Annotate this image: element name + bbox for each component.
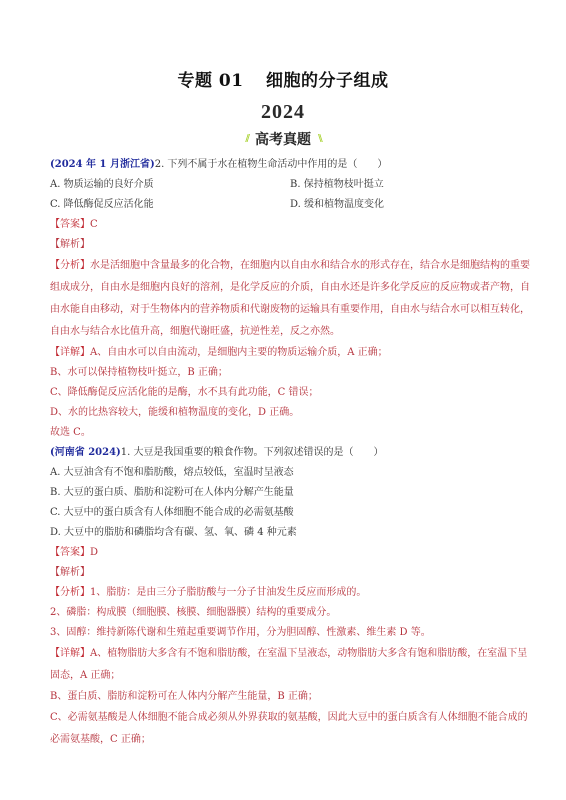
question-block: (2024 年 1 月浙江省)2. 下列不属于水在植物生命活动中作用的是（ ） …	[50, 155, 530, 443]
detail-line: B、水可以保持植物枝叶挺立，B 正确；	[50, 363, 530, 383]
answer-value: D	[90, 547, 98, 558]
options-row: A. 物质运输的良好介质 B. 保持植物枝叶挺立	[50, 175, 530, 195]
question-block: (河南省 2024)1. 大豆是我国重要的粮食作物。下列叙述错误的是（ ） A.…	[50, 443, 530, 751]
answer-line: 【答案】C	[50, 215, 530, 235]
document-page: 专题 01 细胞的分子组成 2024 // 高考真题 \\ (2024 年 1 …	[0, 0, 566, 800]
section-badge-text: 高考真题	[252, 129, 314, 149]
options-row: C. 降低酶促反应活化能 D. 缓和植物温度变化	[50, 195, 530, 215]
detail-line: C、降低酶促反应活化能的是酶，水不具有此功能，C 错误；	[50, 383, 530, 403]
analysis-label: 【解析】	[50, 563, 530, 583]
detail-line: D、水的比热容较大，能缓和植物温度的变化，D 正确。	[50, 403, 530, 423]
detail-line: B、蛋白质、脂肪和淀粉可在人体内分解产生能量，B 正确；	[50, 687, 530, 707]
answer-value: C	[90, 219, 98, 230]
title-main: 细胞的分子组成	[266, 71, 389, 91]
slash-right-icon: \\	[318, 133, 321, 144]
page-title: 专题 01 细胞的分子组成	[0, 66, 566, 91]
slash-left-icon: //	[245, 133, 248, 144]
year-text: 2024	[261, 101, 305, 123]
analysis-line: 3、固醇：维持新陈代谢和生殖起重要调节作用，分为胆固醇、性激素、维生素 D 等。	[50, 623, 530, 643]
option-a: A. 物质运输的良好介质	[50, 175, 290, 195]
question-stem: (河南省 2024)1. 大豆是我国重要的粮食作物。下列叙述错误的是（ ）	[50, 443, 530, 463]
question-source: (河南省 2024)	[50, 447, 121, 458]
option-b: B. 大豆的蛋白质、脂肪和淀粉可在人体内分解产生能量	[50, 483, 530, 503]
question-stem: (2024 年 1 月浙江省)2. 下列不属于水在植物生命活动中作用的是（ ）	[50, 155, 530, 175]
option-c: C. 降低酶促反应活化能	[50, 195, 290, 215]
analysis-line: 2、磷脂：构成膜（细胞膜、核膜、细胞器膜）结构的重要成分。	[50, 603, 530, 623]
detail-paragraph: 【详解】A、植物脂肪大多含有不饱和脂肪酸，在室温下呈液态，动物脂肪大多含有饱和脂…	[50, 643, 530, 687]
analysis-paragraph: 【分析】水是活细胞中含量最多的化合物，在细胞内以自由水和结合水的形式存在，结合水…	[50, 255, 530, 343]
detail-paragraph: C、必需氨基酸是人体细胞不能合成必须从外界获取的氨基酸，因此大豆中的蛋白质含有人…	[50, 707, 530, 751]
option-d: D. 大豆中的脂肪和磷脂均含有碳、氢、氧、磷 4 种元素	[50, 523, 530, 543]
year-heading: 2024	[0, 101, 566, 124]
answer-line: 【答案】D	[50, 543, 530, 563]
conclusion-line: 故选 C。	[50, 423, 530, 443]
title-prefix: 专题 01	[178, 71, 244, 91]
detail-line: 【详解】A、自由水可以自由流动，是细胞内主要的物质运输介质，A 正确；	[50, 343, 530, 363]
section-badge: // 高考真题 \\	[0, 126, 566, 149]
document-content: (2024 年 1 月浙江省)2. 下列不属于水在植物生命活动中作用的是（ ） …	[50, 155, 530, 751]
option-c: C. 大豆中的蛋白质含有人体细胞不能合成的必需氨基酸	[50, 503, 530, 523]
option-b: B. 保持植物枝叶挺立	[290, 175, 530, 195]
analysis-label: 【解析】	[50, 235, 530, 255]
analysis-line: 【分析】1、脂肪：是由三分子脂肪酸与一分子甘油发生反应而形成的。	[50, 583, 530, 603]
option-a: A. 大豆油含有不饱和脂肪酸，熔点较低，室温时呈液态	[50, 463, 530, 483]
question-source: (2024 年 1 月浙江省)	[50, 159, 155, 170]
option-d: D. 缓和植物温度变化	[290, 195, 530, 215]
